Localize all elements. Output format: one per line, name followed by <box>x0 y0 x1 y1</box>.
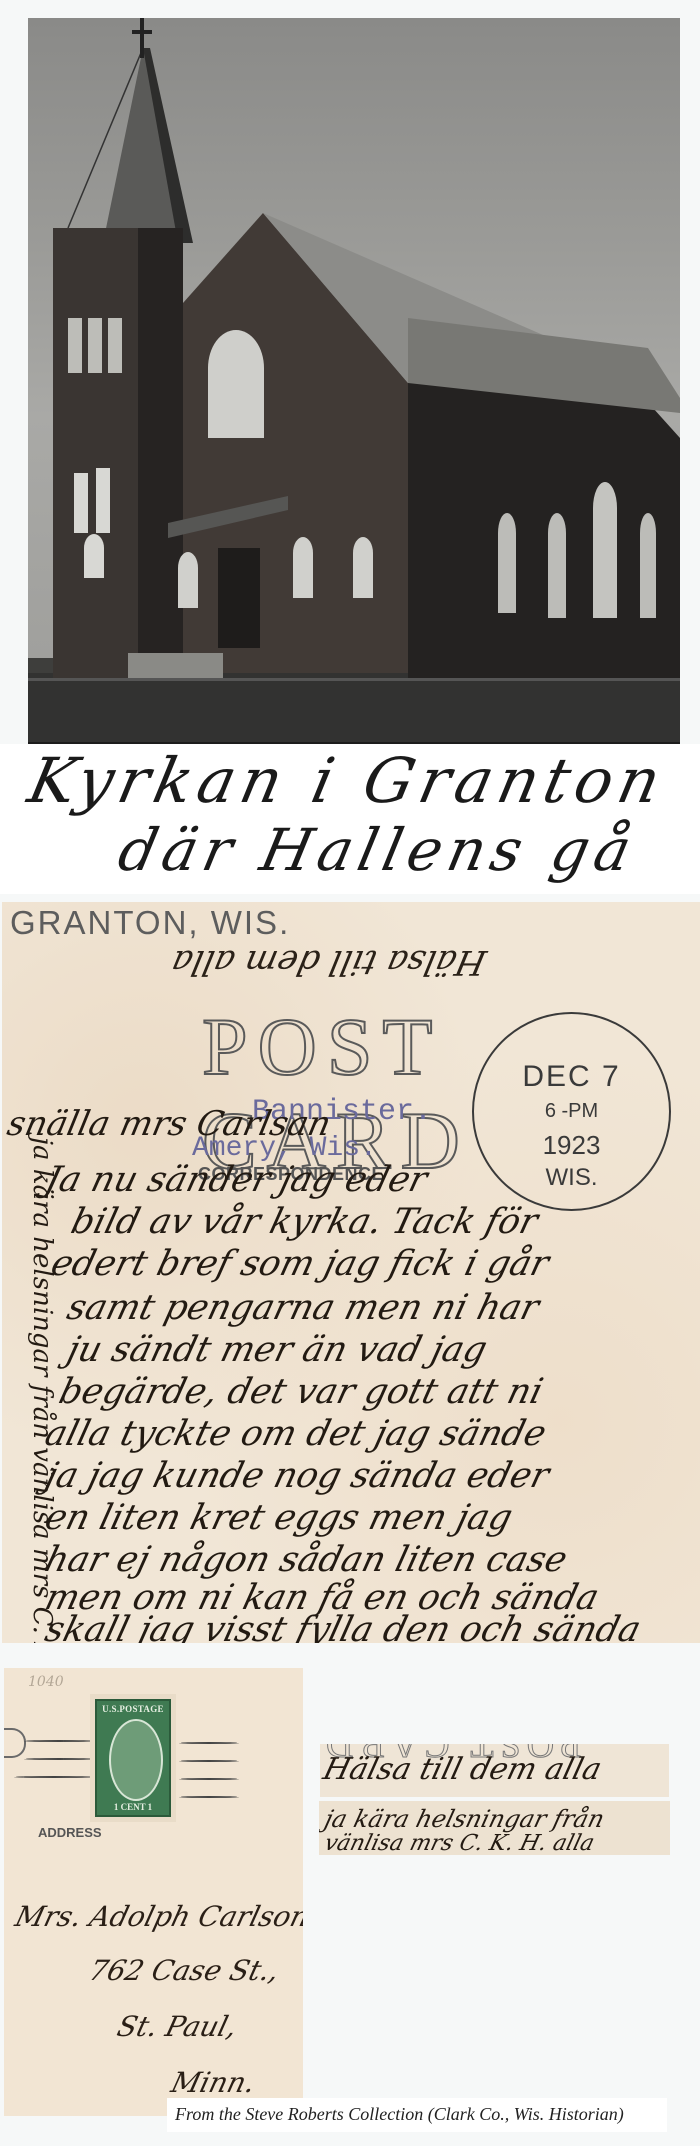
postmark-time: 6 -PM <box>474 1100 669 1123</box>
postmark-icon: DEC 7 6 -PM 1923 WIS. <box>472 1012 671 1211</box>
postcard-address-side: 1040 U.S.POSTAGE 1 CENT 1 ADDRESS Mrs. A… <box>4 1668 303 2116</box>
postmark-date: DEC 7 <box>474 1060 669 1094</box>
cancellation-line <box>14 1776 94 1778</box>
stamp-top-text: U.S.POSTAGE <box>97 1704 169 1714</box>
message-line: Ja nu sänder jag eder <box>41 1160 431 1200</box>
address-line: 762 Case St., <box>86 1954 283 1987</box>
cancellation-line <box>179 1760 239 1762</box>
stamp-portrait <box>109 1719 163 1801</box>
church-photograph <box>28 18 680 744</box>
snippet-handwriting: Hälsa till dem alla <box>320 1752 605 1787</box>
message-line: bild av vår kyrka. Tack för <box>67 1202 542 1242</box>
cancellation-line <box>179 1778 239 1780</box>
handwritten-town: GRANTON, WIS. <box>10 904 290 942</box>
stamp-bottom-text: 1 CENT 1 <box>97 1802 169 1812</box>
cancellation-line <box>24 1758 94 1760</box>
snippet-strip-2: ja kära helsningar från vänlisa mrs C. K… <box>319 1801 670 1855</box>
snippet-handwriting-line-2: vänlisa mrs C. K. H. alla <box>322 1831 597 1855</box>
message-line: begärde, det var gott att ni <box>55 1372 547 1412</box>
message-line: ja jag kunde nog sända eder <box>41 1456 553 1496</box>
address-label: ADDRESS <box>38 1825 102 1840</box>
credit-text: From the Steve Roberts Collection (Clark… <box>175 2104 624 2125</box>
upside-down-note: Hälsa till dem alla <box>168 942 490 982</box>
postage-stamp-icon: U.S.POSTAGE 1 CENT 1 <box>90 1694 176 1822</box>
printed-letter-fragment <box>4 1728 26 1758</box>
church-illustration <box>28 18 680 742</box>
address-line: Mrs. Adolph Carlson <box>12 1900 303 1933</box>
postcard-message-side: GRANTON, WIS. Hälsa till dem alla POST C… <box>2 902 700 1643</box>
message-line: har ej någon sådan liten case <box>41 1540 571 1580</box>
snippet-strip-1: POST CARD Hälsa till dem alla <box>320 1744 669 1797</box>
message-line: en liten kret eggs men jag <box>41 1498 516 1538</box>
message-line: edert bref som jag fick i går <box>47 1244 553 1284</box>
handwritten-caption: Kyrkan i Granton där Hallens gå <box>0 744 700 894</box>
message-line: ju sändt mer än vad jag <box>63 1330 491 1370</box>
message-line: alla tyckte om det jag sände <box>41 1414 550 1454</box>
caption-line-1: Kyrkan i Granton <box>22 744 672 817</box>
address-line: Minn. <box>168 2066 259 2099</box>
postmark-state: WIS. <box>474 1164 669 1192</box>
vertical-side-note: ja kära helsningar från vänlisa mrs C. K… <box>27 1137 57 1643</box>
message-line: skall jag visst fylla den och sända <box>41 1610 645 1643</box>
postmark-year: 1923 <box>474 1130 669 1161</box>
corner-number: 1040 <box>28 1674 64 1690</box>
caption-line-2: där Hallens gå <box>113 816 643 884</box>
credit-caption: From the Steve Roberts Collection (Clark… <box>167 2098 667 2132</box>
snippet-handwriting-line-1: ja kära helsningar från <box>322 1805 608 1833</box>
message-line: samt pengarna men ni har <box>63 1288 543 1328</box>
cancellation-line <box>179 1742 239 1744</box>
cancellation-line <box>24 1740 94 1742</box>
cancellation-line <box>179 1796 239 1798</box>
address-line: St. Paul, <box>114 2010 241 2043</box>
